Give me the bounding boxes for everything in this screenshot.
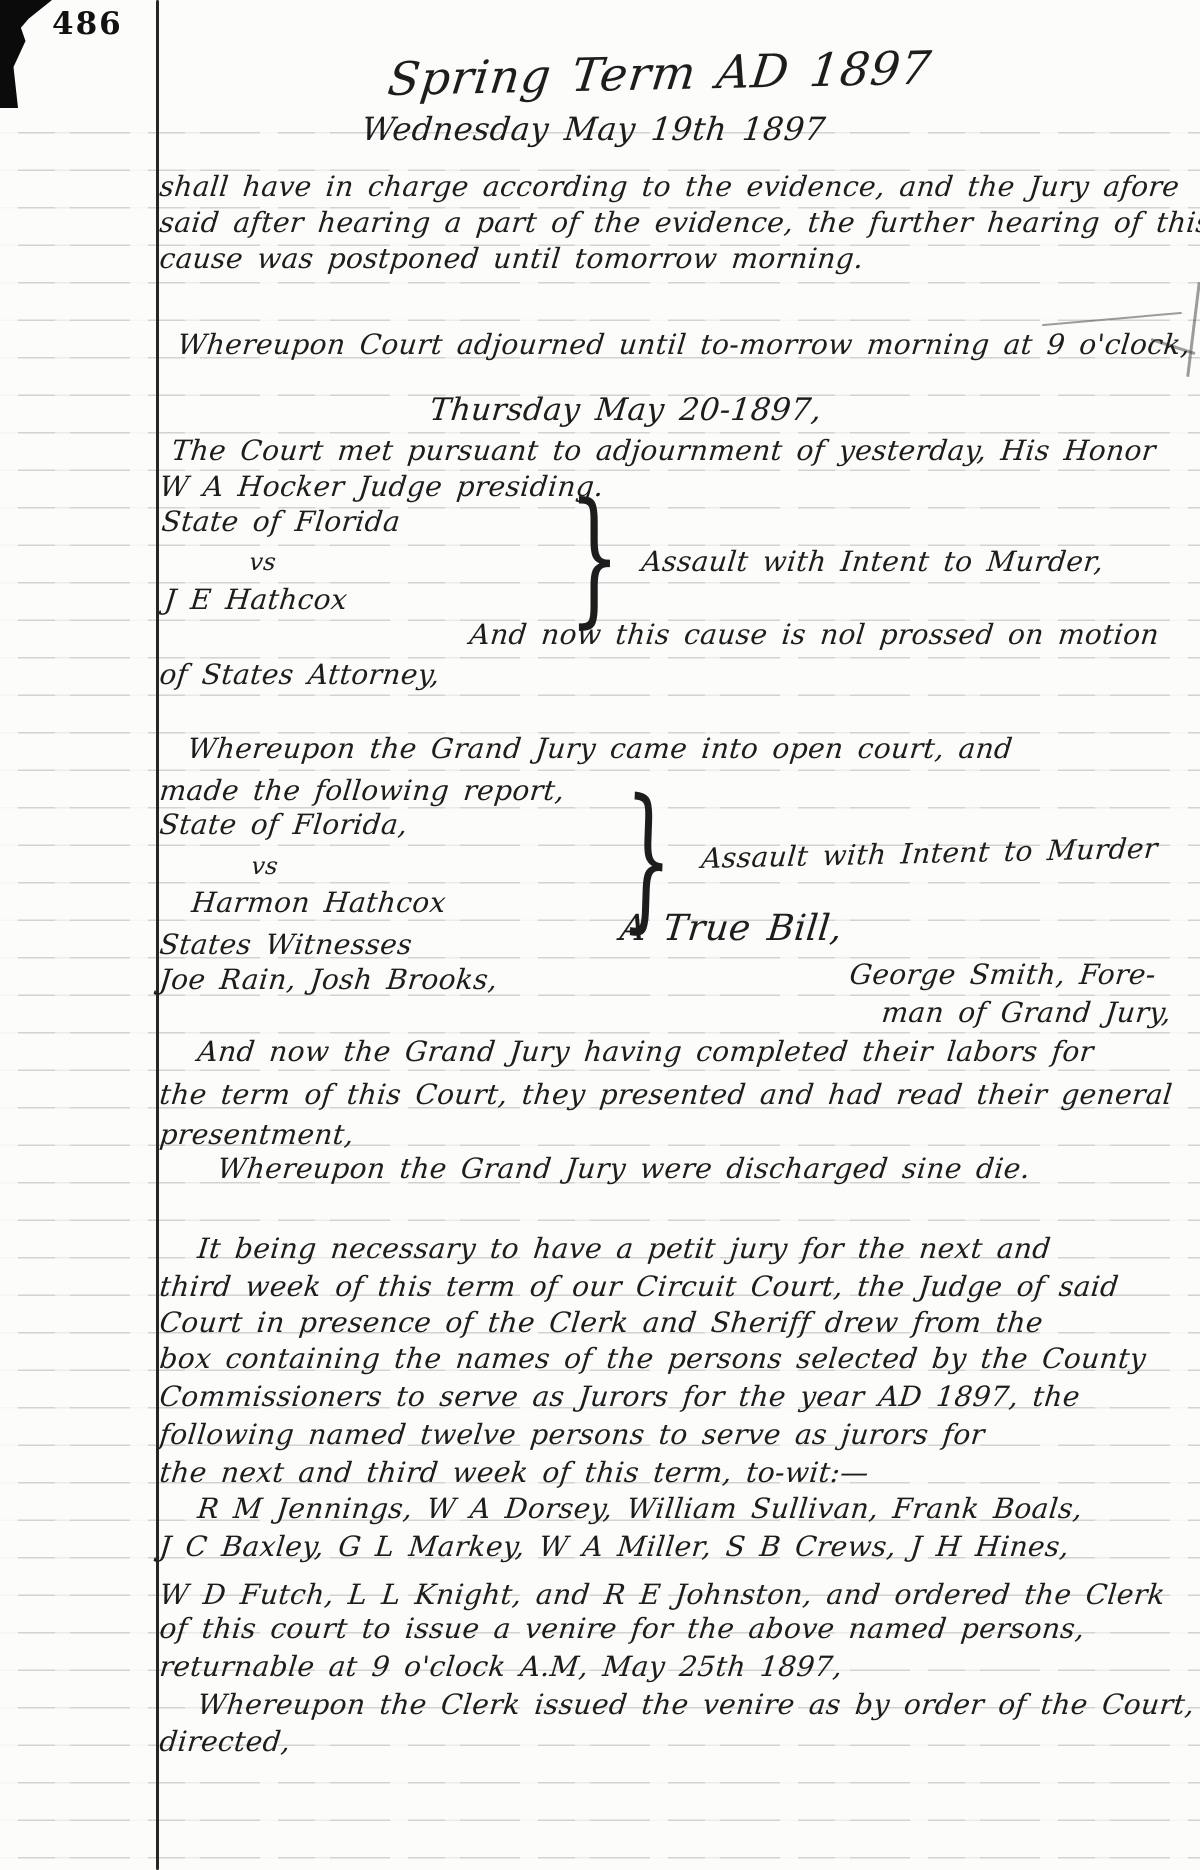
carryover-line-3: cause was postponed until tomorrow morni… [158,242,865,275]
carryover-line-1: shall have in charge according to the ev… [158,170,1181,203]
case2-witnesses-label: States Witnesses [158,928,414,961]
case1-brace: } [569,484,620,630]
venire-issued-line-2: directed, [158,1725,292,1758]
venire-issued-line-1: Whereupon the Clerk issued the venire as… [196,1688,1196,1721]
petit-jury-line-11: of this court to issue a venire for the … [158,1612,1086,1645]
case1-disposition-line-2: of States Attorney, [158,658,441,691]
case1-charge: Assault with Intent to Murder, [640,545,1105,578]
petit-jury-line-4: box containing the names of the persons … [158,1342,1148,1375]
petit-jury-names-line-1: R M Jennings, W A Dorsey, William Sulliv… [196,1492,1084,1525]
carryover-line-2: said after hearing a part of the evidenc… [158,206,1200,239]
petit-jury-names-line-2: J C Baxley, G L Markey, W A Miller, S B … [158,1530,1071,1563]
case2-party2: Harmon Hathcox [190,886,448,919]
scan-corner-ink-blot-top [0,0,52,34]
petit-jury-line-3: Court in presence of the Clerk and Sheri… [158,1306,1045,1339]
petit-jury-line-2: third week of this term of our Circuit C… [158,1270,1120,1303]
case2-finding: A True Bill, [618,908,844,949]
grand-jury-discharge-line-4: Whereupon the Grand Jury were discharged… [216,1152,1032,1185]
petit-jury-line-12: returnable at 9 o'clock A.M, May 25th 18… [158,1650,844,1683]
case2-witnesses: Joe Rain, Josh Brooks, [158,963,499,996]
petit-jury-line-7: the next and third week of this term, to… [158,1456,871,1489]
case2-foreman-line-2: man of Grand Jury, [880,996,1173,1029]
session-date: Wednesday May 19th 1897 [360,110,828,148]
petit-jury-line-6: following named twelve persons to serve … [158,1418,986,1451]
grand-jury-report-line-2: made the following report, [158,774,566,807]
case2-charge: Assault with Intent to Murder [700,832,1159,875]
petit-jury-names-line-3: W D Futch, L L Knight, and R E Johnston,… [158,1578,1167,1611]
case2-party1: State of Florida, [158,808,409,841]
case1-party2: J E Hathcox [163,583,349,616]
case2-vs: vs [250,852,280,880]
grand-jury-discharge-line-1: And now the Grand Jury having completed … [196,1035,1095,1068]
petit-jury-line-5: Commissioners to serve as Jurors for the… [158,1380,1082,1413]
adjournment-line: Whereupon Court adjourned until to-morro… [176,328,1192,361]
case1-party1: State of Florida [160,505,402,538]
binding-artifact [1042,312,1182,326]
page-number: 486 [52,6,123,42]
court-met-line-1: The Court met pursuant to adjournment of… [170,434,1158,467]
court-met-line-2: W A Hocker Judge presiding. [158,470,605,503]
term-title: Spring Term AD 1897 [385,41,935,106]
petit-jury-line-1: It being necessary to have a petit jury … [196,1232,1053,1265]
thursday-session-heading: Thursday May 20-1897, [428,392,823,428]
grand-jury-report-line-1: Whereupon the Grand Jury came into open … [186,732,1014,765]
scanned-court-minutes-page: { "colors": { "ink": "#1d1d1d", "paper":… [0,0,1200,1870]
case1-vs: vs [248,548,278,576]
case1-disposition-line-1: And now this cause is nol prossed on mot… [468,618,1161,651]
grand-jury-discharge-line-3: presentment, [158,1118,356,1151]
ledger-page: 486 Spring Term AD 1897 Wednesday May 19… [0,0,1200,1870]
grand-jury-discharge-line-2: the term of this Court, they presented a… [158,1078,1174,1111]
case2-foreman-line-1: George Smith, Fore- [848,958,1158,991]
margin-rule-line [156,0,159,1870]
